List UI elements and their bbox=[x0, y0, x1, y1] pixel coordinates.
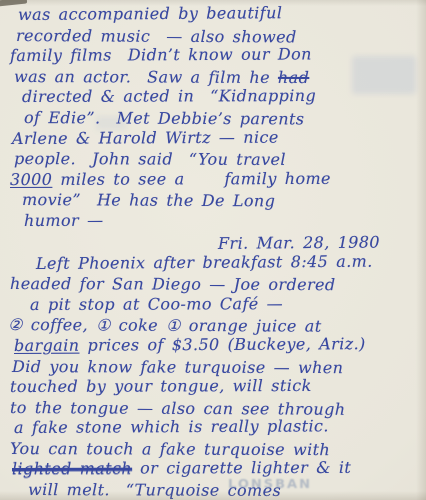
line-text: movie” He has the De Long bbox=[22, 190, 275, 210]
line-text: a pit stop at Coo-mo Café — bbox=[30, 294, 283, 314]
line-text: Left Phoenix after breakfast 8:45 a.m. bbox=[36, 251, 373, 272]
crossed-out-word: had bbox=[278, 68, 309, 87]
line-text: miles to see a family home bbox=[52, 169, 331, 189]
line-text: Did you know fake turquoise — when bbox=[12, 357, 343, 377]
line-text: a fake stone which is really plastic. bbox=[14, 417, 329, 438]
handwritten-line-23: will melt. “Turquoise comes bbox=[28, 480, 424, 500]
line-text: ② coffee, ① coke ① orange juice at bbox=[8, 315, 322, 336]
underlined-number: 3000 bbox=[10, 170, 52, 189]
handwritten-line-12: Left Phoenix after breakfast 8:45 a.m. bbox=[36, 251, 424, 274]
handwritten-line-22: lighted match or cigarette lighter & it bbox=[12, 458, 424, 480]
line-text: was an actor. Saw a film he bbox=[14, 67, 278, 87]
handwritten-line-3: family films Didn’t know our Don bbox=[10, 44, 424, 67]
underlined-word: bargain bbox=[14, 336, 80, 355]
handwritten-line-1: was accompanied by beautiful bbox=[18, 2, 424, 25]
line-text: was accompanied by beautiful bbox=[18, 3, 282, 24]
line-text: humor — bbox=[24, 211, 104, 230]
handwritten-line-11: humor — bbox=[24, 210, 424, 232]
handwritten-line-16: bargain prices of $3.50 (Buckeye, Ariz.) bbox=[14, 334, 424, 357]
line-text: or cigarette lighter & it bbox=[132, 458, 351, 478]
line-text: headed for San Diego — Joe ordered bbox=[10, 274, 336, 294]
line-text: directed & acted in “Kidnapping bbox=[22, 86, 316, 106]
line-text: family films Didn’t know our Don bbox=[10, 45, 312, 66]
handwritten-line-18: touched by your tongue, will stick bbox=[10, 376, 424, 398]
crossed-out-words: lighted match bbox=[12, 459, 132, 478]
handwritten-line-7: Arlene & Harold Wirtz — nice bbox=[12, 126, 424, 149]
line-text: people. John said “You travel bbox=[14, 149, 286, 169]
handwritten-line-5: directed & acted in “Kidnapping bbox=[22, 86, 424, 108]
line-text: Arlene & Harold Wirtz — nice bbox=[12, 127, 279, 147]
line-text: to the tongue — also can see through bbox=[10, 398, 346, 419]
handwriting-block: was accompanied by beautiful recorded mu… bbox=[0, 0, 426, 500]
line-text: You can touch a fake turquoise with bbox=[10, 439, 330, 459]
handwritten-line-14: a pit stop at Coo-mo Café — bbox=[30, 293, 424, 315]
line-text: prices of $3.50 (Buckeye, Ariz.) bbox=[79, 334, 365, 354]
line-text: recorded music — also showed bbox=[16, 26, 297, 46]
handwritten-line-20: a fake stone which is really plastic. bbox=[14, 416, 424, 439]
showthrough-stamp-text: LONSBAN bbox=[228, 477, 312, 491]
handwritten-line-9: 3000 miles to see a family home bbox=[10, 168, 424, 190]
date-text: Fri. Mar. 28, 1980 bbox=[218, 232, 380, 252]
letter-page: was accompanied by beautiful recorded mu… bbox=[0, 0, 426, 500]
line-text: of Edie”. Met Debbie’s parents bbox=[24, 108, 305, 128]
line-text: touched by your tongue, will stick bbox=[10, 376, 312, 396]
